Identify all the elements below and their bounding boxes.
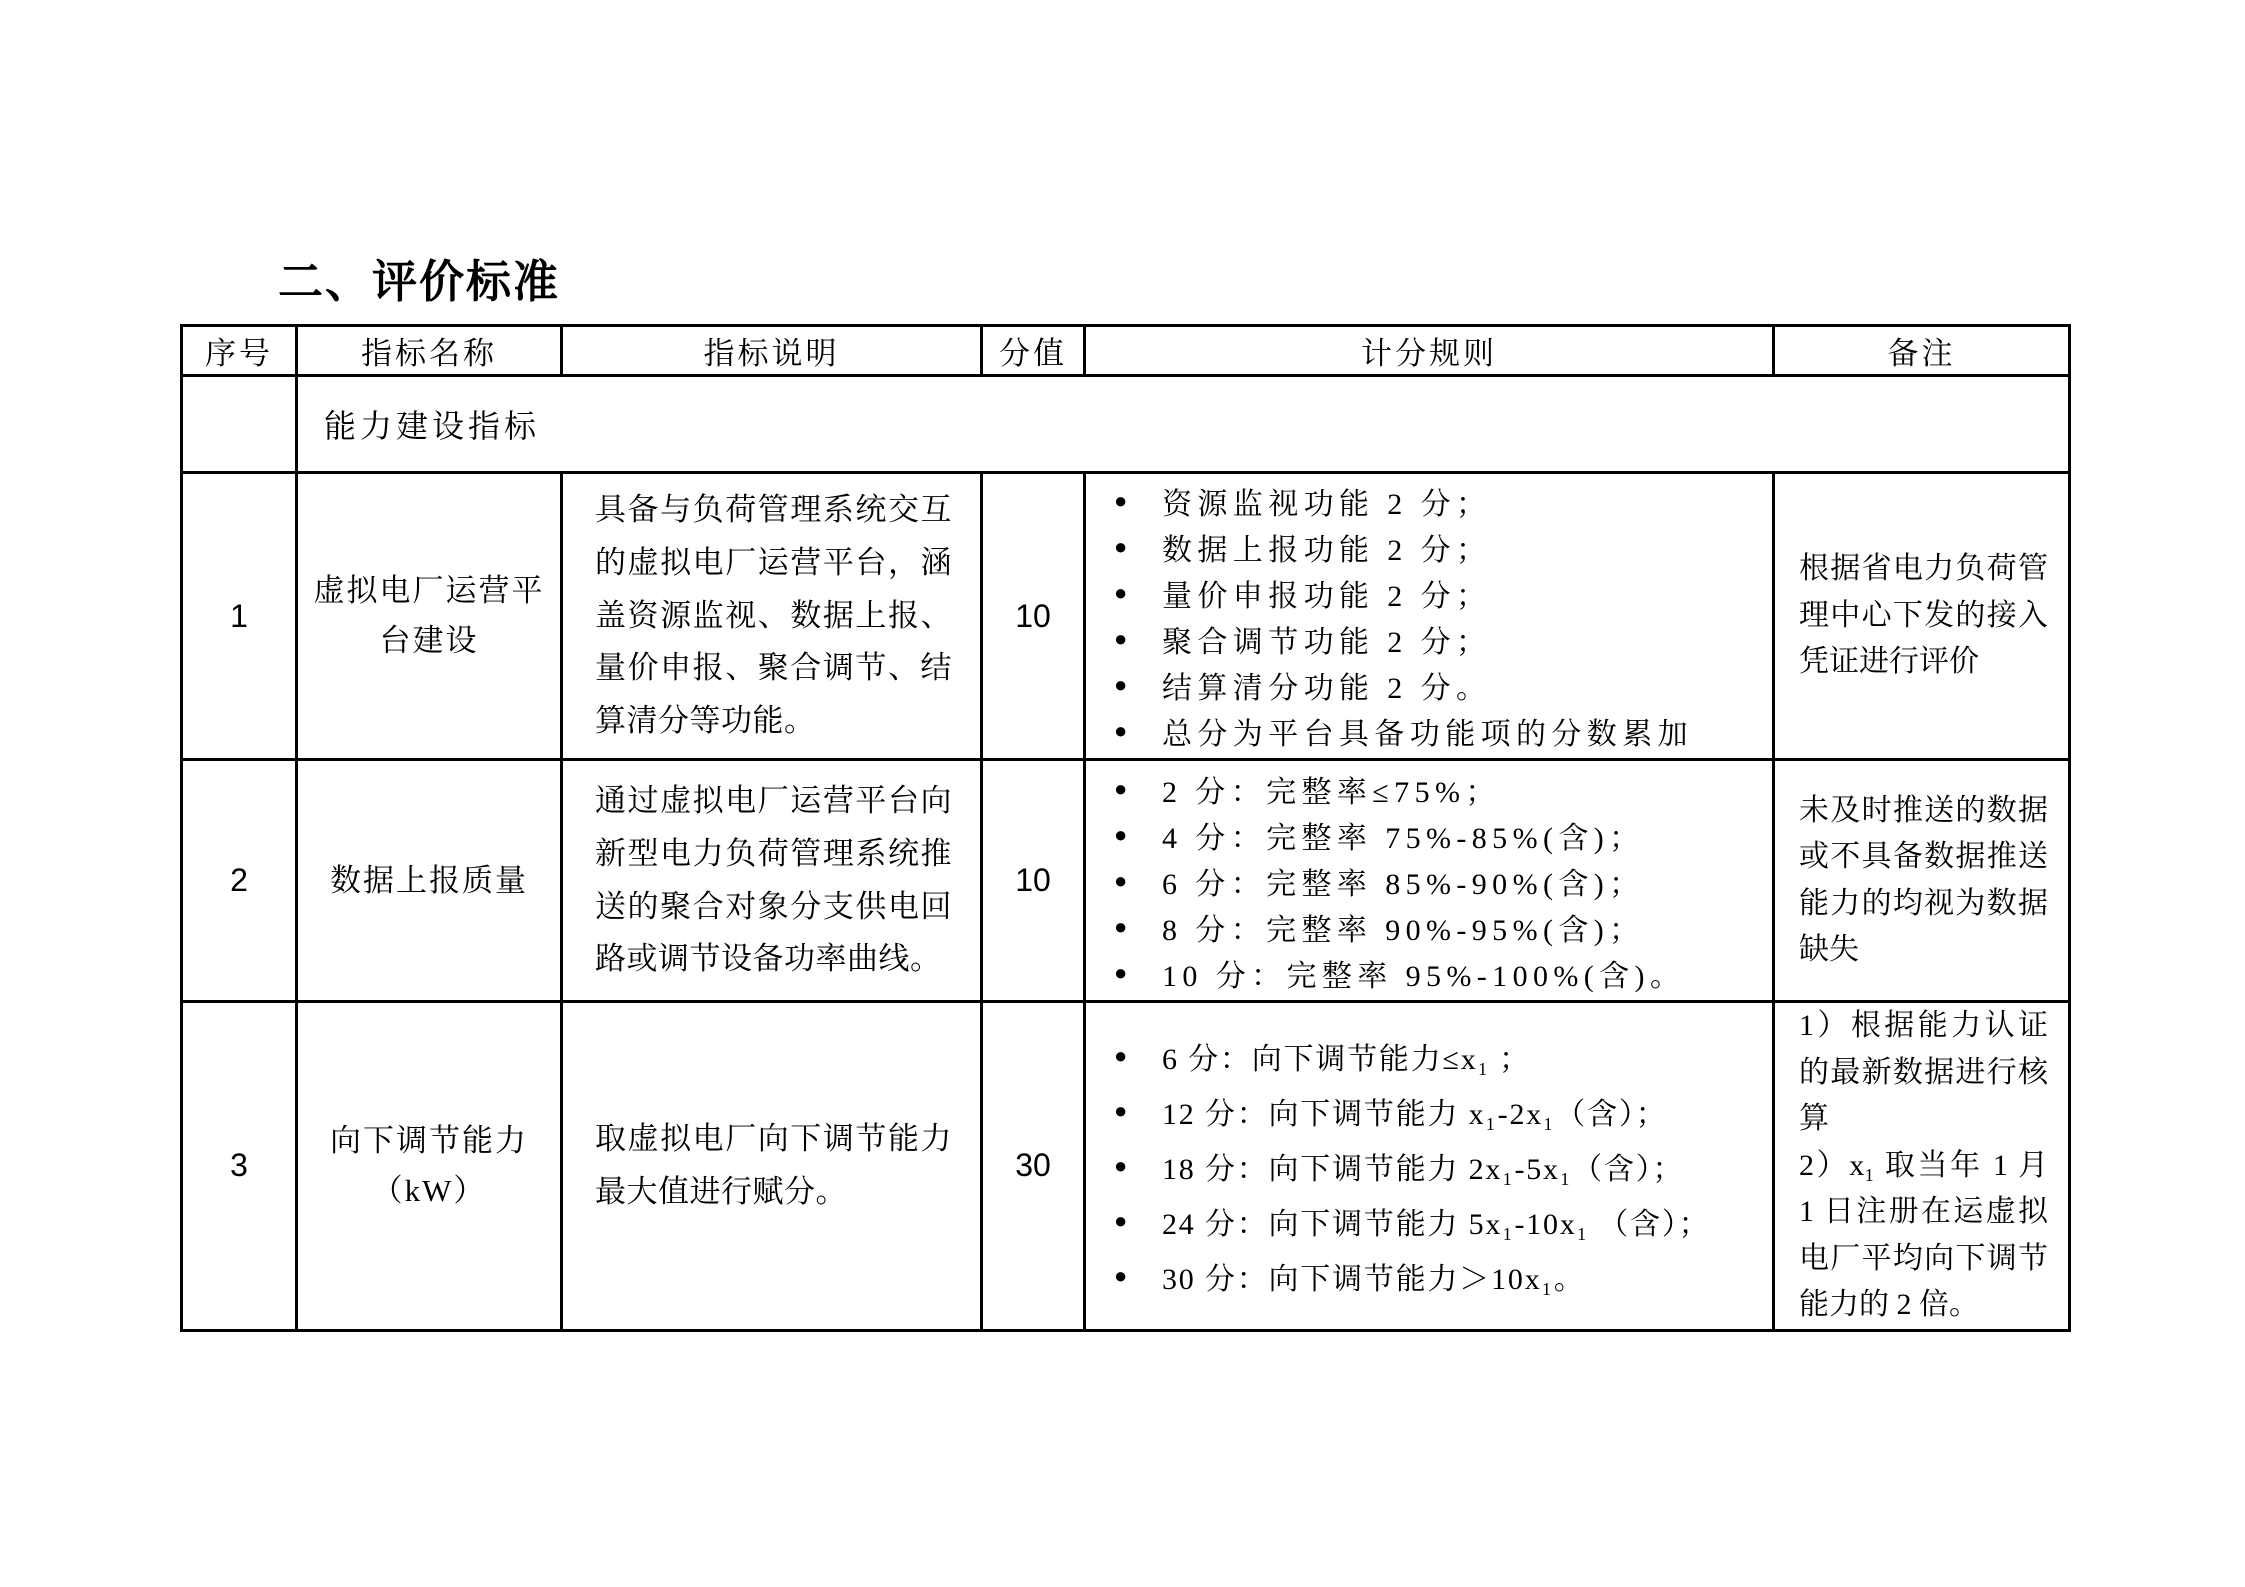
indicator-description-cell: 取虚拟电厂向下调节能力最大值进行赋分。 [562, 1002, 982, 1331]
scoring-rules-cell: ●2 分：完整率≤75%； ●4 分：完整率 75%-85%(含)； ●6 分：… [1085, 760, 1774, 1002]
row-no-cell: 1 [182, 473, 297, 760]
column-header-description: 指标说明 [562, 326, 982, 376]
bullet-icon: ● [1114, 1100, 1162, 1122]
rule-item: ●资源监视功能 2 分； [1114, 478, 1772, 524]
bullet-icon: ● [1114, 824, 1162, 846]
bullet-icon: ● [1114, 1210, 1162, 1232]
rule-item: ●量价申报功能 2 分； [1114, 570, 1772, 616]
bullet-icon: ● [1114, 490, 1162, 512]
table-row: 1 虚拟电厂运营平 台建设 具备与负荷管理系统交互的虚拟电厂运营平台，涵盖资源监… [182, 473, 2070, 760]
rule-text: 6 分：完整率 85%-90%(含)； [1162, 859, 1645, 903]
indicator-description-cell: 具备与负荷管理系统交互的虚拟电厂运营平台，涵盖资源监视、数据上报、量价申报、聚合… [562, 473, 982, 760]
rule-text: 6 分：向下调节能力≤x₁ ； [1162, 1034, 1531, 1078]
column-header-score: 分值 [982, 326, 1085, 376]
rule-text: 2 分：完整率≤75%； [1162, 767, 1501, 811]
rule-item: ●数据上报功能 2 分； [1114, 524, 1772, 570]
remark-cell: 1）根据能力认证的最新数据进行核算 2）x₁ 取当年 1 月 1 日注册在运虚拟… [1774, 1002, 2070, 1331]
remark-cell: 未及时推送的数据或不具备数据推送能力的均视为数据缺失 [1774, 760, 2070, 1002]
rule-text: 12 分：向下调节能力 x₁-2x₁（含）； [1162, 1089, 1668, 1133]
rule-text: 24 分：向下调节能力 5x₁-10x₁ （含）； [1162, 1199, 1710, 1243]
bullet-icon: ● [1114, 536, 1162, 558]
rule-item: ●6 分：向下调节能力≤x₁ ； [1114, 1028, 1772, 1083]
rule-item: ●10 分：完整率 95%-100%(含)。 [1114, 950, 1772, 996]
table-row: 2 数据上报质量 通过虚拟电厂运营平台向新型电力负荷管理系统推送的聚合对象分支供… [182, 760, 2070, 1002]
rule-list: ●6 分：向下调节能力≤x₁ ； ●12 分：向下调节能力 x₁-2x₁（含）；… [1114, 1028, 1772, 1303]
rule-list: ●资源监视功能 2 分； ●数据上报功能 2 分； ●量价申报功能 2 分； ●… [1114, 478, 1772, 754]
bullet-icon: ● [1114, 870, 1162, 892]
column-header-name: 指标名称 [297, 326, 562, 376]
bullet-icon: ● [1114, 778, 1162, 800]
table-row: 3 向下调节能力 （kW） 取虚拟电厂向下调节能力最大值进行赋分。 30 ●6 … [182, 1002, 2070, 1331]
scoring-rules-cell: ●6 分：向下调节能力≤x₁ ； ●12 分：向下调节能力 x₁-2x₁（含）；… [1085, 1002, 1774, 1331]
section-row: 能力建设指标 [182, 376, 2070, 473]
rule-item: ●6 分：完整率 85%-90%(含)； [1114, 858, 1772, 904]
row-no-cell: 3 [182, 1002, 297, 1331]
rule-text: 4 分：完整率 75%-85%(含)； [1162, 813, 1645, 857]
table-header-row: 序号 指标名称 指标说明 分值 计分规则 备注 [182, 326, 2070, 376]
rule-list: ●2 分：完整率≤75%； ●4 分：完整率 75%-85%(含)； ●6 分：… [1114, 766, 1772, 996]
rule-text: 量价申报功能 2 分； [1162, 571, 1491, 615]
column-header-rules: 计分规则 [1085, 326, 1774, 376]
rule-item: ●4 分：完整率 75%-85%(含)； [1114, 812, 1772, 858]
bullet-icon: ● [1114, 674, 1162, 696]
bullet-icon: ● [1114, 1045, 1162, 1067]
rule-item: ●18 分：向下调节能力 2x₁-5x₁（含）； [1114, 1138, 1772, 1193]
rule-text: 聚合调节功能 2 分； [1162, 617, 1491, 661]
rule-text: 总分为平台具备功能项的分数累加 [1162, 709, 1693, 753]
bullet-icon: ● [1114, 720, 1162, 742]
scoring-rules-cell: ●资源监视功能 2 分； ●数据上报功能 2 分； ●量价申报功能 2 分； ●… [1085, 473, 1774, 760]
score-cell: 10 [982, 760, 1085, 1002]
bullet-icon: ● [1114, 962, 1162, 984]
rule-text: 资源监视功能 2 分； [1162, 479, 1491, 523]
bullet-icon: ● [1114, 1265, 1162, 1287]
score-cell: 10 [982, 473, 1085, 760]
indicator-name-cell: 向下调节能力 （kW） [297, 1002, 562, 1331]
rule-item: ●30 分：向下调节能力＞10x₁。 [1114, 1248, 1772, 1303]
row-no-cell: 2 [182, 760, 297, 1002]
bullet-icon: ● [1114, 582, 1162, 604]
bullet-icon: ● [1114, 628, 1162, 650]
rule-item: ●24 分：向下调节能力 5x₁-10x₁ （含）； [1114, 1193, 1772, 1248]
rule-item: ●12 分：向下调节能力 x₁-2x₁（含）； [1114, 1083, 1772, 1138]
rule-text: 30 分：向下调节能力＞10x₁。 [1162, 1254, 1586, 1298]
indicator-name-cell: 虚拟电厂运营平 台建设 [297, 473, 562, 760]
bullet-icon: ● [1114, 916, 1162, 938]
column-header-no: 序号 [182, 326, 297, 376]
indicator-name-cell: 数据上报质量 [297, 760, 562, 1002]
rule-text: 结算清分功能 2 分。 [1162, 663, 1491, 707]
section-empty-cell [182, 376, 297, 473]
bullet-icon: ● [1114, 1155, 1162, 1177]
rule-text: 18 分：向下调节能力 2x₁-5x₁（含）； [1162, 1144, 1684, 1188]
rule-text: 数据上报功能 2 分； [1162, 525, 1491, 569]
rule-item: ●8 分：完整率 90%-95%(含)； [1114, 904, 1772, 950]
rule-item: ●2 分：完整率≤75%； [1114, 766, 1772, 812]
rule-item: ●总分为平台具备功能项的分数累加 [1114, 708, 1772, 754]
section-header-cell: 能力建设指标 [297, 376, 2070, 473]
remark-cell: 根据省电力负荷管理中心下发的接入凭证进行评价 [1774, 473, 2070, 760]
rule-item: ●聚合调节功能 2 分； [1114, 616, 1772, 662]
page-title: 二、评价标准 [278, 256, 560, 308]
rule-item: ●结算清分功能 2 分。 [1114, 662, 1772, 708]
evaluation-criteria-table: 序号 指标名称 指标说明 分值 计分规则 备注 能力建设指标 1 虚拟电厂运营平… [180, 324, 2071, 1332]
indicator-description-cell: 通过虚拟电厂运营平台向新型电力负荷管理系统推送的聚合对象分支供电回路或调节设备功… [562, 760, 982, 1002]
column-header-remark: 备注 [1774, 326, 2070, 376]
rule-text: 8 分：完整率 90%-95%(含)； [1162, 905, 1645, 949]
score-cell: 30 [982, 1002, 1085, 1331]
rule-text: 10 分：完整率 95%-100%(含)。 [1162, 951, 1685, 995]
